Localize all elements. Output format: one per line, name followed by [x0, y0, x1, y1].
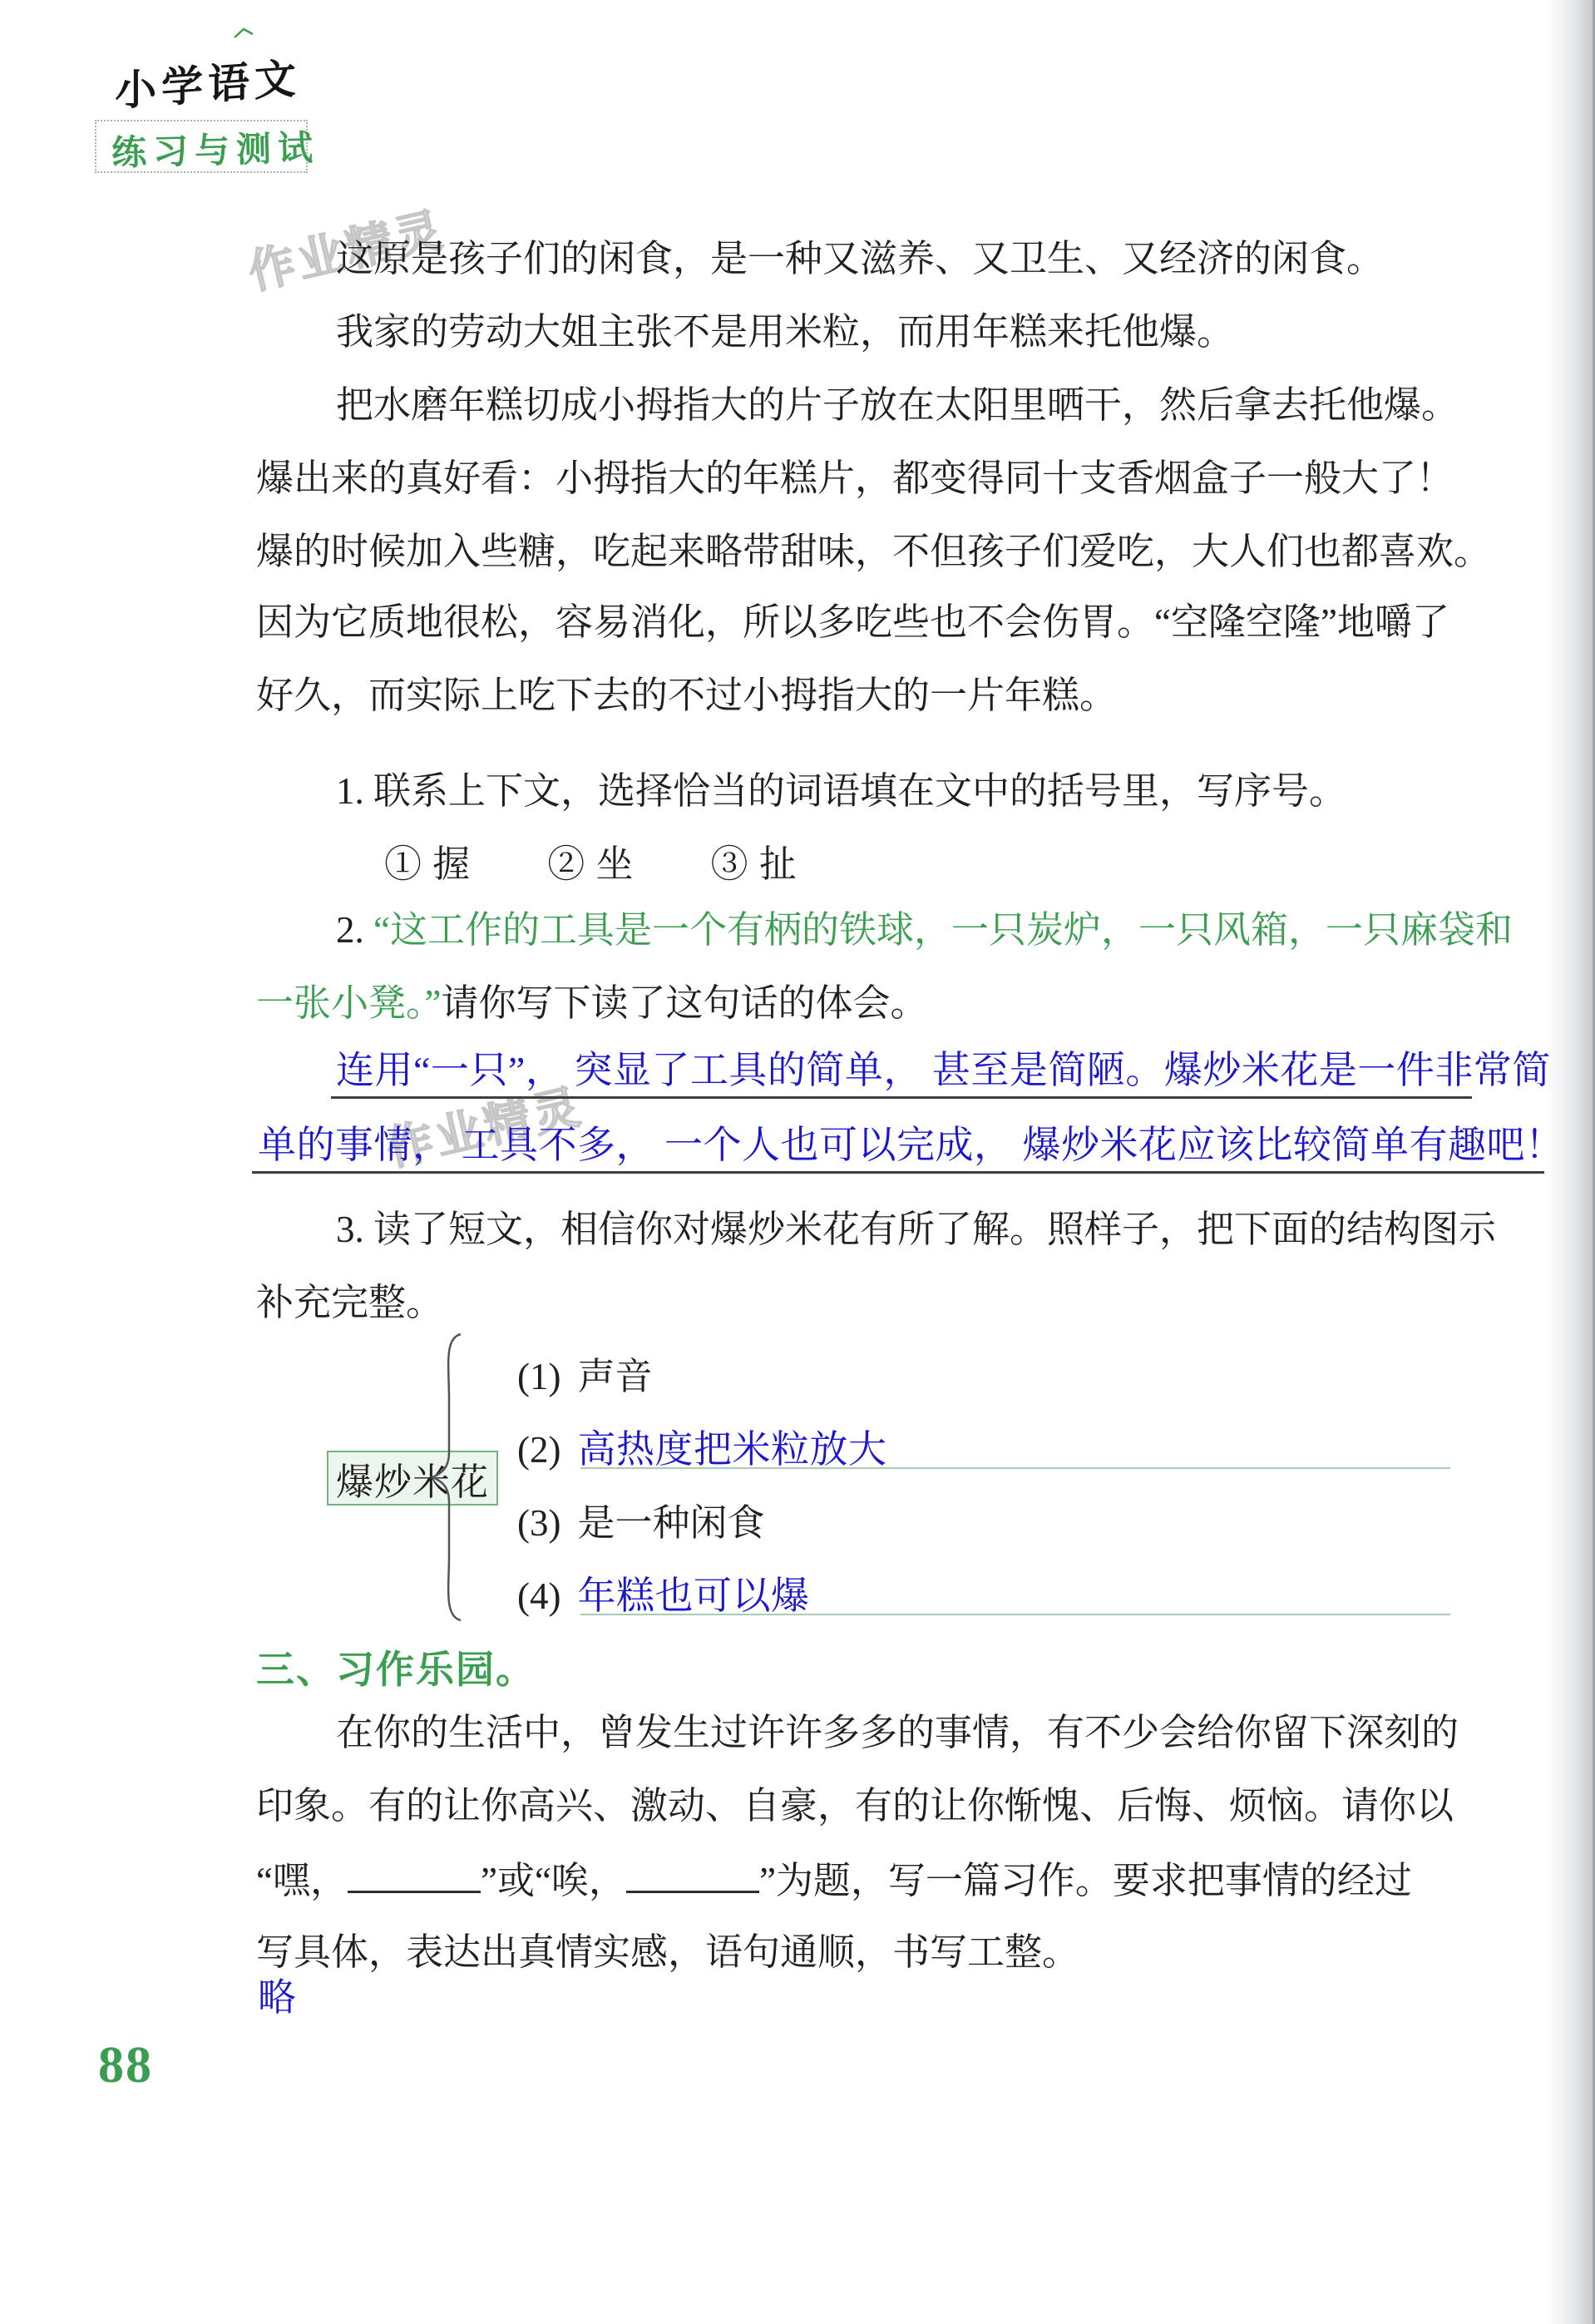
diagram-item-number: (2)	[517, 1429, 560, 1471]
diagram-item-1: (1)声音	[517, 1346, 653, 1400]
question-2-number: 2.	[336, 909, 364, 951]
fill-in-blank	[626, 1857, 759, 1893]
passage-line: 因为它质地很松，容易消化，所以多吃些也不会伤胃。“空隆空隆”地嚼了	[256, 601, 1449, 644]
passage-line: 我家的劳动大姐主张不是用米粒，而用年糕来托他爆。	[336, 310, 1234, 354]
section-3-line1: 在你的生活中，曾发生过许许多多的事情，有不少会给你留下深刻的	[336, 1711, 1459, 1754]
fill-in-blank	[348, 1857, 481, 1893]
question-2-quote-end: 一张小凳。”	[256, 982, 441, 1024]
workbook-page: { "colors":{ "green_accent":"#3a9e50", "…	[0, 0, 1595, 2324]
question-2-stem-line2: 一张小凳。”请你写下读了这句话的体会。	[256, 982, 928, 1025]
question-2-answer-line1: 连用“一只”， 突显了工具的简单， 甚至是简陋。爆炒米花是一件非常简	[336, 1048, 1551, 1093]
diagram-item-text: 声音	[577, 1356, 652, 1397]
diagram-answer-rule	[580, 1614, 1450, 1615]
question-2-tail: 请你写下读了这句话的体会。	[441, 982, 927, 1024]
passage-line: 这原是孩子们的闲食，是一种又滋养、又卫生、又经济的闲食。	[336, 237, 1384, 280]
question-3-stem-line2: 补充完整。	[256, 1281, 443, 1324]
title-suffix: ”为题，写一篇习作。要求把事情的经过	[759, 1860, 1412, 1901]
passage-line: 把水磨年糕切成小拇指大的片子放在太阳里晒干，然后拿去托他爆。	[336, 383, 1459, 427]
question-2-quote: “这工作的工具是一个有柄的铁球，一只炭炉，一只风箱，一只麻袋和	[373, 909, 1513, 951]
diagram-item-4: (4)年糕也可以爆	[517, 1565, 809, 1620]
diagram-item-2: (2)高热度把米粒放大	[517, 1419, 886, 1474]
diagram-item-answer: 高热度把米粒放大	[577, 1428, 886, 1471]
passage-line: 爆出来的真好看：小拇指大的年糕片，都变得同十支香烟盒子一般大了！	[256, 457, 1454, 500]
section-3-line3: “嘿，”或“唉，”为题，写一篇习作。要求把事情的经过	[256, 1857, 1412, 1902]
passage-line: 爆的时候加入些糖，吃起来略带甜味，不但孩子们爱吃，大人们也都喜欢。	[256, 530, 1491, 573]
section-3-line2: 印象。有的让你高兴、激动、自豪，有的让你惭愧、后悔、烦恼。请你以	[256, 1784, 1454, 1827]
diagram-item-text: 是一种闲食	[577, 1502, 764, 1544]
section-3-line4: 写具体，表达出真情实感，语句通顺，书写工整。	[256, 1931, 1079, 1974]
logo-subtitle: 练习与测试	[111, 121, 320, 176]
question-1-stem: 1. 联系上下文，选择恰当的词语填在文中的括号里，写序号。	[336, 769, 1346, 813]
title-middle: ”或“唉，	[481, 1860, 626, 1901]
question-1-options: ① 握 ② 坐 ③ 扯	[384, 843, 797, 886]
diagram-item-number: (3)	[517, 1502, 560, 1544]
diagram-answer-rule	[580, 1467, 1450, 1469]
diagram-item-answer: 年糕也可以爆	[577, 1575, 809, 1617]
answer-rule	[331, 1096, 1472, 1099]
page-number: 88	[98, 2036, 153, 2095]
logo-tick-icon	[231, 25, 256, 47]
answer-rule	[252, 1171, 1544, 1174]
question-3-stem-line1: 3. 读了短文，相信你对爆炒米花有所了解。照样子，把下面的结构图示	[336, 1208, 1496, 1251]
question-2-stem-line1: 2. “这工作的工具是一个有柄的铁球，一只炭炉，一只风箱，一只麻袋和	[336, 908, 1513, 952]
section-3-answer: 略	[258, 1975, 297, 2020]
diagram-item-number: (1)	[517, 1356, 560, 1397]
brace-icon	[426, 1332, 466, 1627]
logo-title: 小学语文	[115, 45, 300, 118]
passage-line: 好久，而实际上吃下去的不过小拇指大的一片年糕。	[256, 674, 1117, 717]
diagram-root-box: 爆炒米花	[327, 1451, 498, 1506]
diagram-item-number: (4)	[517, 1575, 560, 1617]
section-3-heading: 三、习作乐园。	[256, 1639, 536, 1694]
title-prefix: “嘿，	[256, 1860, 348, 1901]
diagram-item-3: (3)是一种闲食	[517, 1492, 765, 1546]
question-2-answer-line2: 单的事情， 工具不多， 一个人也可以完成， 爆炒米花应该比较简单有趣吧！	[258, 1123, 1564, 1168]
